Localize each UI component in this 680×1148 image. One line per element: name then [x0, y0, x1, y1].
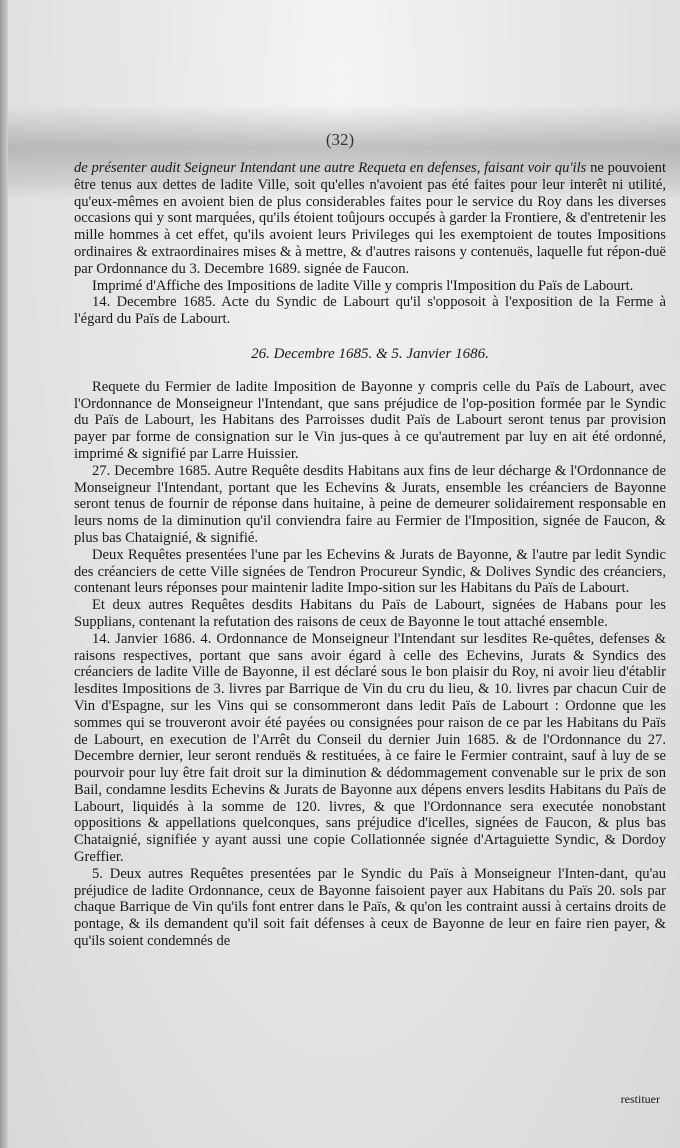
date-heading: 26. Decembre 1685. & 5. Janvier 1686. [74, 346, 666, 363]
paragraph-deux-requetes: Deux Requêtes presentées l'une par les E… [74, 547, 666, 597]
paragraph-autre-requete: 27. Decembre 1685. Autre Requête desdits… [74, 463, 666, 547]
paragraph-text: ne pouvoient être tenus aux dettes de la… [74, 160, 666, 277]
paragraph-acte-syndic: 14. Decembre 1685. Acte du Syndic de Lab… [74, 294, 666, 328]
italic-handwritten-lead: de présenter audit Seigneur Intendant un… [74, 160, 586, 176]
paragraph-affiche: Imprimé d'Affiche des Impositions de lad… [74, 278, 666, 295]
body-text: de présenter audit Seigneur Intendant un… [74, 160, 666, 950]
paragraph-ordonnance: 14. Janvier 1686. 4. Ordonnance de Monse… [74, 631, 666, 866]
page-binding-edge [0, 0, 8, 1148]
paragraph-requete-fermier: Requete du Fermier de ladite Imposition … [74, 379, 666, 463]
paragraph-defense-request: de présenter audit Seigneur Intendant un… [74, 160, 666, 278]
paragraph-et-deux-autres: Et deux autres Requêtes desdits Habitans… [74, 597, 666, 631]
paragraph-syndic-requetes: 5. Deux autres Requêtes presentées par l… [74, 866, 666, 950]
scanned-page: (32) de présenter audit Seigneur Intenda… [0, 0, 680, 1148]
page-number: (32) [0, 130, 680, 150]
catchword: restituer [621, 1092, 660, 1107]
